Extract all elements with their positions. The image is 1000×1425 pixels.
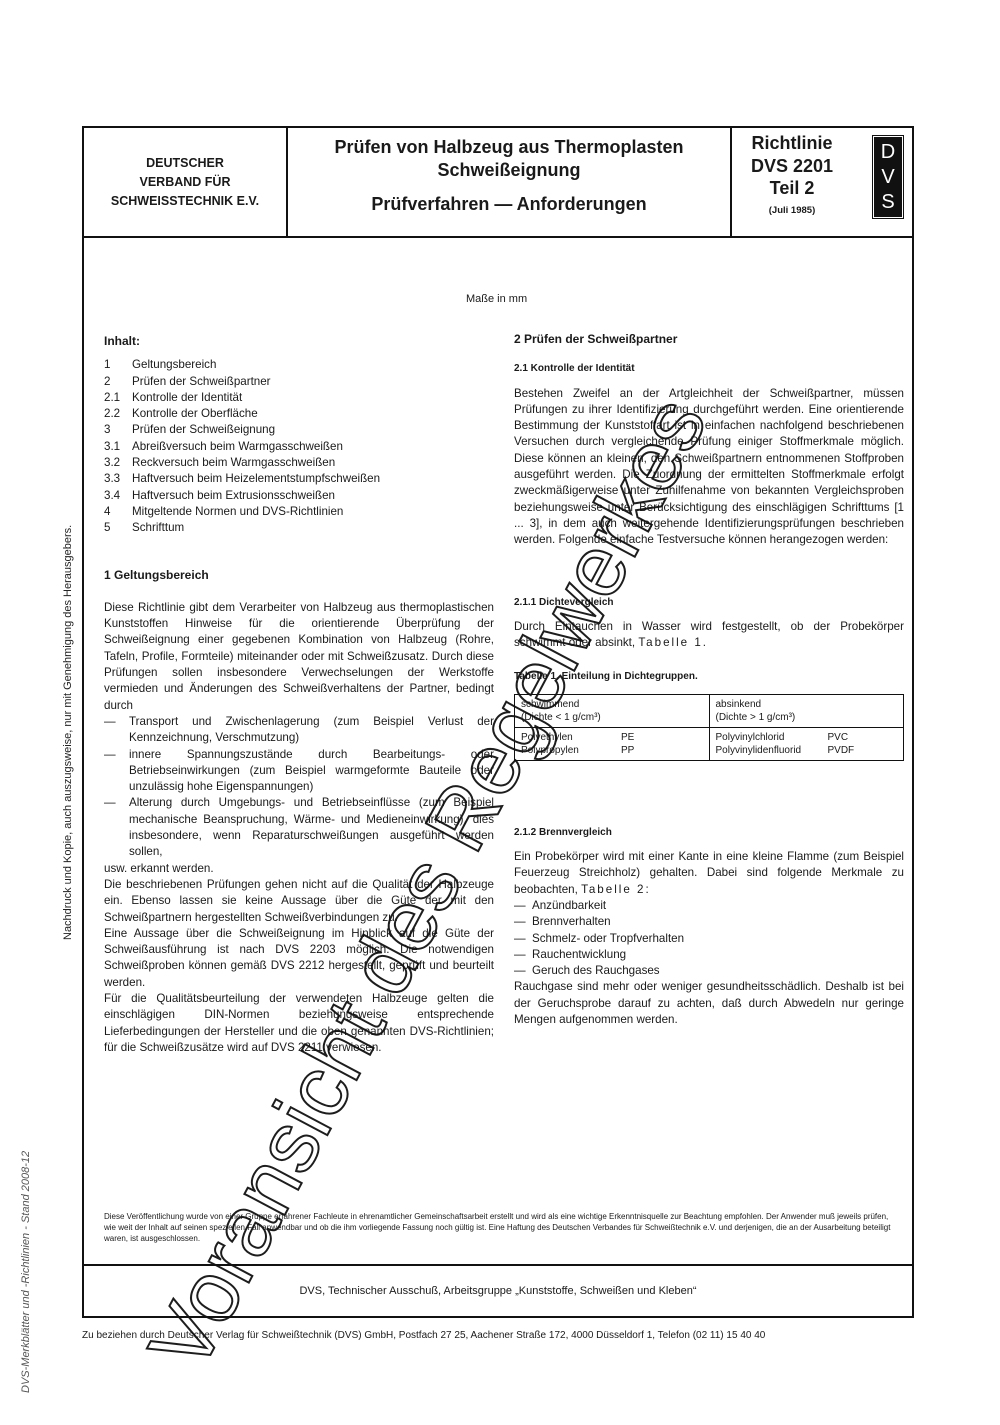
list-item-text: Transport und Zwischenlagerung (zum Beis…	[129, 714, 494, 747]
section-2-1-2-text: Ein Probekörper wird mit einer Kante in …	[514, 849, 904, 898]
title-line: Prüfen von Halbzeug aus Thermoplasten	[288, 136, 730, 159]
copyright-side-note: Nachdruck und Kopie, auch auszugsweise, …	[62, 525, 74, 940]
document-title: Prüfen von Halbzeug aus Thermoplasten Sc…	[288, 136, 730, 182]
section-1-paragraph: Die beschriebenen Prüfungen gehen nicht …	[104, 877, 494, 926]
toc-item: 3Prüfen der Schweißeignung	[104, 422, 494, 438]
material-name: Polypropylen	[521, 744, 621, 757]
density-table: schwimmend(Dichte < 1 g/cm³) absinkend(D…	[514, 694, 904, 761]
list-item-text: Brennverhalten	[532, 914, 904, 930]
material-entry: PolyvinylchloridPVC	[716, 731, 898, 744]
table-header-cell: schwimmend(Dichte < 1 g/cm³)	[515, 694, 710, 727]
toc-number: 1	[104, 357, 132, 373]
toc-number: 2	[104, 374, 132, 390]
header-condition: (Dichte > 1 g/cm³)	[716, 711, 898, 724]
units-note: Maße in mm	[466, 293, 527, 305]
list-item: —innere Spannungszustände durch Bearbeit…	[104, 747, 494, 796]
disclaimer: Diese Veröffentlichung wurde von einer G…	[104, 1211, 894, 1244]
section-1-paragraph: Für die Qualitätsbeurteilung der verwend…	[104, 991, 494, 1056]
section-2-1-2-after: Rauchgase sind mehr oder weniger gesundh…	[514, 979, 904, 1028]
table-reference: Tabelle 2:	[581, 883, 651, 896]
list-item-text: Alterung durch Umgebungs- und Betriebsei…	[129, 795, 494, 860]
logo-letter: D	[881, 142, 895, 162]
section-2-heading: 2 Prüfen der Schweißpartner	[514, 331, 904, 347]
material-abbr: PP	[621, 744, 634, 757]
toc-label: Haftversuch beim Extrusionsschweißen	[132, 488, 335, 504]
material-abbr: PE	[621, 731, 634, 744]
section-2-1-1-heading: 2.1.1 Dichtevergleich	[514, 595, 904, 611]
toc-label: Geltungsbereich	[132, 357, 216, 373]
toc-item: 3.1Abreißversuch beim Warmgasschweißen	[104, 439, 494, 455]
list-item: —Geruch des Rauchgases	[514, 963, 904, 979]
toc-number: 2.2	[104, 406, 132, 422]
header-condition: (Dichte < 1 g/cm³)	[521, 711, 703, 724]
doc-number: DVS 2201	[732, 156, 852, 177]
toc-label: Kontrolle der Oberfläche	[132, 406, 258, 422]
document-subtitle: Prüfverfahren — Anforderungen	[288, 194, 730, 215]
toc-label: Schrifttum	[132, 520, 184, 536]
list-item: —Anzündbarkeit	[514, 898, 904, 914]
toc-item: 2.1Kontrolle der Identität	[104, 390, 494, 406]
list-item-text: innere Spannungszustände durch Bearbeitu…	[129, 747, 494, 796]
toc-number: 3.1	[104, 439, 132, 455]
toc-item: 3.2Reckversuch beim Warmgasschweißen	[104, 455, 494, 471]
toc-label: Prüfen der Schweißpartner	[132, 374, 271, 390]
section-1-after-list: usw. erkannt werden.	[104, 861, 494, 877]
toc-label: Abreißversuch beim Warmgasschweißen	[132, 439, 343, 455]
section-1-intro: Diese Richtlinie gibt dem Verarbeiter vo…	[104, 600, 494, 714]
document-id-block: Richtlinie DVS 2201 Teil 2 (Juli 1985) D…	[732, 128, 912, 236]
material-name: Polyvinylidenfluorid	[716, 744, 828, 757]
org-line: DEUTSCHER	[146, 154, 224, 173]
toc-number: 3.2	[104, 455, 132, 471]
toc-item: 5Schrifttum	[104, 520, 494, 536]
right-column: 2 Prüfen der Schweißpartner 2.1 Kontroll…	[514, 331, 904, 1028]
list-item: —Transport und Zwischenlagerung (zum Bei…	[104, 714, 494, 747]
list-item: —Rauchentwicklung	[514, 947, 904, 963]
document-header: DEUTSCHER VERBAND FÜR SCHWEISSTECHNIK E.…	[84, 128, 912, 238]
table-caption: Tabelle 1. Einteilung in Dichtegruppen.	[514, 669, 904, 685]
committee-line: DVS, Technischer Ausschuß, Arbeitsgruppe…	[84, 1264, 912, 1316]
toc-number: 3	[104, 422, 132, 438]
list-item-text: Anzündbarkeit	[532, 898, 904, 914]
section-1-paragraph: Eine Aussage über die Schweißeignung im …	[104, 926, 494, 991]
list-item-text: Rauchentwicklung	[532, 947, 904, 963]
section-2-1-heading: 2.1 Kontrolle der Identität	[514, 361, 904, 377]
logo-letter: V	[881, 167, 894, 187]
burn-criteria-list: —Anzündbarkeit—Brennverhalten—Schmelz- o…	[514, 898, 904, 979]
toc-item: 2.2Kontrolle der Oberfläche	[104, 406, 494, 422]
table-row: PolyethylenPE PolypropylenPP Polyvinylch…	[515, 727, 904, 760]
document-title-block: Prüfen von Halbzeug aus Thermoplasten Sc…	[288, 128, 732, 236]
list-item: —Alterung durch Umgebungs- und Betriebse…	[104, 795, 494, 860]
list-item: —Schmelz- oder Tropfverhalten	[514, 931, 904, 947]
section-2-1-1-text: Durch Eintauchen in Wasser wird festgest…	[514, 619, 904, 652]
logo-letter: S	[881, 192, 894, 212]
title-line: Schweißeignung	[288, 159, 730, 182]
document-frame: DEUTSCHER VERBAND FÜR SCHWEISSTECHNIK E.…	[82, 126, 914, 1318]
toc-number: 3.3	[104, 471, 132, 487]
material-abbr: PVDF	[828, 744, 855, 757]
section-1-heading: 1 Geltungsbereich	[104, 567, 494, 583]
table-of-contents: 1Geltungsbereich2Prüfen der Schweißpartn…	[104, 357, 494, 536]
toc-item: 4Mitgeltende Normen und DVS-Richtlinien	[104, 504, 494, 520]
list-item: —Brennverhalten	[514, 914, 904, 930]
toc-item: 3.3Haftversuch beim Heizelementstumpfsch…	[104, 471, 494, 487]
edition-side-note: DVS-Merkblätter und -Richtlinien - Stand…	[20, 1151, 32, 1393]
org-line: VERBAND FÜR	[140, 173, 231, 192]
paragraph-text: Durch Eintauchen in Wasser wird festgest…	[514, 620, 904, 649]
material-abbr: PVC	[828, 731, 849, 744]
doc-type: Richtlinie	[732, 133, 852, 154]
organization-name: DEUTSCHER VERBAND FÜR SCHWEISSTECHNIK E.…	[84, 128, 288, 236]
doc-part: Teil 2	[732, 178, 852, 199]
table-header-row: schwimmend(Dichte < 1 g/cm³) absinkend(D…	[515, 694, 904, 727]
table-cell: PolyvinylchloridPVC Polyvinylidenfluorid…	[709, 727, 904, 760]
toc-number: 4	[104, 504, 132, 520]
paragraph-text: Ein Probekörper wird mit einer Kante in …	[514, 850, 904, 896]
left-column: Inhalt: 1Geltungsbereich2Prüfen der Schw…	[104, 333, 494, 1056]
header-label: schwimmend	[521, 698, 703, 711]
toc-heading: Inhalt:	[104, 333, 494, 349]
table-header-cell: absinkend(Dichte > 1 g/cm³)	[709, 694, 904, 727]
toc-label: Haftversuch beim Heizelementstumpfschwei…	[132, 471, 380, 487]
toc-label: Prüfen der Schweißeignung	[132, 422, 275, 438]
toc-number: 5	[104, 520, 132, 536]
toc-item: 1Geltungsbereich	[104, 357, 494, 373]
toc-label: Reckversuch beim Warmgasschweißen	[132, 455, 335, 471]
toc-item: 3.4Haftversuch beim Extrusionsschweißen	[104, 488, 494, 504]
section-2-1-text: Bestehen Zweifel an der Artgleichheit de…	[514, 386, 904, 549]
material-entry: PolypropylenPP	[521, 744, 703, 757]
toc-number: 3.4	[104, 488, 132, 504]
material-name: Polyvinylchlorid	[716, 731, 828, 744]
toc-label: Kontrolle der Identität	[132, 390, 242, 406]
table-reference: Tabelle 1	[638, 636, 702, 649]
header-label: absinkend	[716, 698, 898, 711]
section-2-1-2-heading: 2.1.2 Brennvergleich	[514, 825, 904, 841]
toc-number: 2.1	[104, 390, 132, 406]
doc-date: (Juli 1985)	[732, 205, 852, 216]
publisher-info: Zu beziehen durch Deutscher Verlag für S…	[82, 1330, 922, 1341]
list-item-text: Schmelz- oder Tropfverhalten	[532, 931, 904, 947]
table-cell: PolyethylenPE PolypropylenPP	[515, 727, 710, 760]
material-name: Polyethylen	[521, 731, 621, 744]
material-entry: PolyethylenPE	[521, 731, 703, 744]
material-entry: PolyvinylidenfluoridPVDF	[716, 744, 898, 757]
list-item-text: Geruch des Rauchgases	[532, 963, 904, 979]
org-line: SCHWEISSTECHNIK E.V.	[111, 192, 259, 211]
toc-label: Mitgeltende Normen und DVS-Richtlinien	[132, 504, 343, 520]
dvs-logo-icon: D V S	[874, 137, 902, 217]
toc-item: 2Prüfen der Schweißpartner	[104, 374, 494, 390]
